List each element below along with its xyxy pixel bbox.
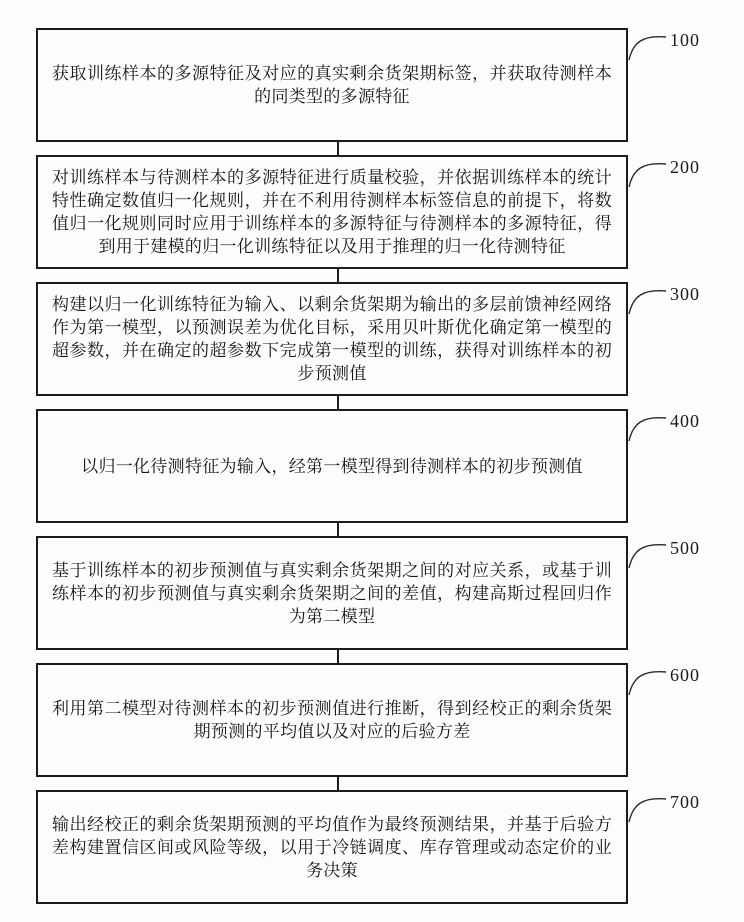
step-text-500: 基于训练样本的初步预测值与真实剩余货架期之间的对应关系，或基于训练样本的初步预测… [52,559,612,628]
flow-step-500: 基于训练样本的初步预测值与真实剩余货架期之间的对应关系，或基于训练样本的初步预测… [36,536,744,650]
leader-line-icon [628,157,668,193]
step-box-200: 对训练样本与待测样本的多源特征进行质量校验，并依据训练样本的统计特性确定数值归一… [36,155,628,269]
leader-line-icon [628,411,668,447]
connector-line [337,142,339,155]
flow-step-200: 对训练样本与待测样本的多源特征进行质量校验，并依据训练样本的统计特性确定数值归一… [36,155,744,269]
step-text-600: 利用第二模型对待测样本的初步预测值进行推断，得到经校正的剩余货架期预测的平均值以… [52,697,612,743]
step-box-700: 输出经校正的剩余货架期预测的平均值作为最终预测结果，并基于后验方差构建置信区间或… [36,790,628,904]
flow-step-700: 输出经校正的剩余货架期预测的平均值作为最终预测结果，并基于后验方差构建置信区间或… [36,790,744,904]
connector-line [337,396,339,409]
step-box-400: 以归一化待测特征为输入，经第一模型得到待测样本的初步预测值 [36,409,628,523]
step-text-700: 输出经校正的剩余货架期预测的平均值作为最终预测结果，并基于后验方差构建置信区间或… [52,813,612,882]
leader-line-icon [628,30,668,66]
connector-line [337,523,339,536]
ref-label-600: 600 [670,665,700,686]
flow-step-400: 以归一化待测特征为输入，经第一模型得到待测样本的初步预测值 400 [36,409,744,523]
connector-line [337,650,339,663]
ref-label-100: 100 [670,30,700,51]
step-box-500: 基于训练样本的初步预测值与真实剩余货架期之间的对应关系，或基于训练样本的初步预测… [36,536,628,650]
flow-step-300: 构建以归一化训练特征为输入、以剩余货架期为输出的多层前馈神经网络作为第一模型，以… [36,282,744,396]
leader-line-icon [628,665,668,701]
step-box-300: 构建以归一化训练特征为输入、以剩余货架期为输出的多层前馈神经网络作为第一模型，以… [36,282,628,396]
ref-label-300: 300 [670,284,700,305]
step-text-200: 对训练样本与待测样本的多源特征进行质量校验，并依据训练样本的统计特性确定数值归一… [52,166,612,258]
flow-step-600: 利用第二模型对待测样本的初步预测值进行推断，得到经校正的剩余货架期预测的平均值以… [36,663,744,777]
ref-label-500: 500 [670,538,700,559]
leader-line-icon [628,284,668,320]
flow-step-100: 获取训练样本的多源特征及对应的真实剩余货架期标签，并获取待测样本的同类型的多源特… [36,28,744,142]
ref-label-200: 200 [670,157,700,178]
ref-label-400: 400 [670,411,700,432]
ref-label-700: 700 [670,792,700,813]
connector-line [337,269,339,282]
leader-line-icon [628,538,668,574]
step-text-400: 以归一化待测特征为输入，经第一模型得到待测样本的初步预测值 [81,455,583,478]
step-box-600: 利用第二模型对待测样本的初步预测值进行推断，得到经校正的剩余货架期预测的平均值以… [36,663,628,777]
step-box-100: 获取训练样本的多源特征及对应的真实剩余货架期标签，并获取待测样本的同类型的多源特… [36,28,628,142]
step-text-100: 获取训练样本的多源特征及对应的真实剩余货架期标签，并获取待测样本的同类型的多源特… [52,62,612,108]
flowchart: 获取训练样本的多源特征及对应的真实剩余货架期标签，并获取待测样本的同类型的多源特… [0,0,744,922]
connector-line [337,777,339,790]
leader-line-icon [628,792,668,828]
step-text-300: 构建以归一化训练特征为输入、以剩余货架期为输出的多层前馈神经网络作为第一模型，以… [52,293,612,385]
